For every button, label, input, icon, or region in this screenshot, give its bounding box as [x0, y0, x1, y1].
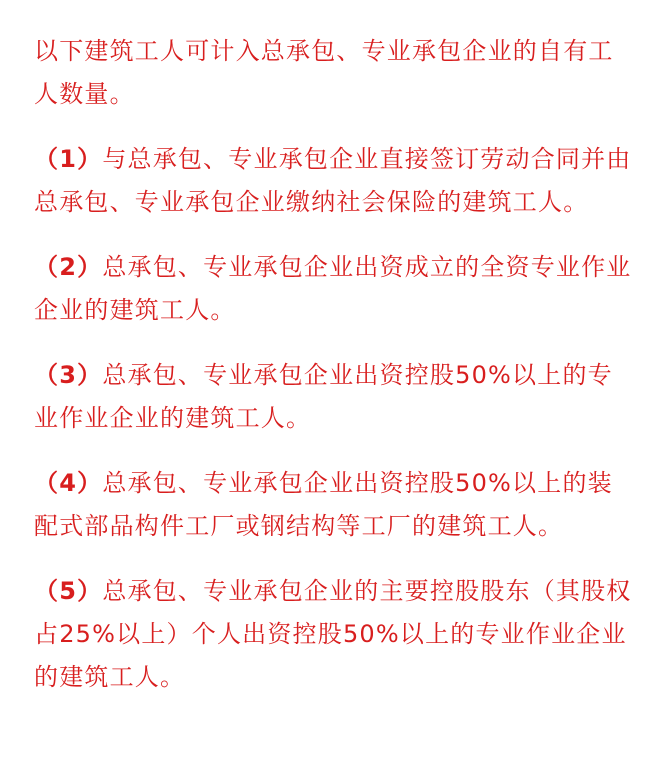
intro-paragraph: 以下建筑工人可计入总承包、专业承包企业的自有工人数量。 — [34, 30, 634, 116]
list-item-2: （2）总承包、专业承包企业出资成立的全资专业作业企业的建筑工人。 — [34, 246, 634, 332]
item-text: 总承包、专业承包企业出资成立的全资专业作业企业的建筑工人。 — [34, 253, 632, 324]
item-index: （2） — [34, 253, 102, 281]
item-text: 总承包、专业承包企业出资控股50%以上的装配式部品构件工厂或钢结构等工厂的建筑工… — [34, 469, 613, 540]
list-item-5: （5）总承包、专业承包企业的主要控股股东（其股权占25%以上）个人出资控股50%… — [34, 570, 634, 699]
item-index: （3） — [34, 361, 102, 389]
item-text: 总承包、专业承包企业的主要控股股东（其股权占25%以上）个人出资控股50%以上的… — [34, 577, 632, 691]
item-index: （4） — [34, 469, 102, 497]
list-item-4: （4）总承包、专业承包企业出资控股50%以上的装配式部品构件工厂或钢结构等工厂的… — [34, 462, 634, 548]
item-text: 与总承包、专业承包企业直接签订劳动合同并由总承包、专业承包企业缴纳社会保险的建筑… — [34, 145, 632, 216]
item-text: 总承包、专业承包企业出资控股50%以上的专业作业企业的建筑工人。 — [34, 361, 613, 432]
list-item-3: （3）总承包、专业承包企业出资控股50%以上的专业作业企业的建筑工人。 — [34, 354, 634, 440]
item-index: （5） — [34, 577, 102, 605]
document-body: 以下建筑工人可计入总承包、专业承包企业的自有工人数量。 （1）与总承包、专业承包… — [34, 30, 634, 721]
item-index: （1） — [34, 145, 102, 173]
list-item-1: （1）与总承包、专业承包企业直接签订劳动合同并由总承包、专业承包企业缴纳社会保险… — [34, 138, 634, 224]
